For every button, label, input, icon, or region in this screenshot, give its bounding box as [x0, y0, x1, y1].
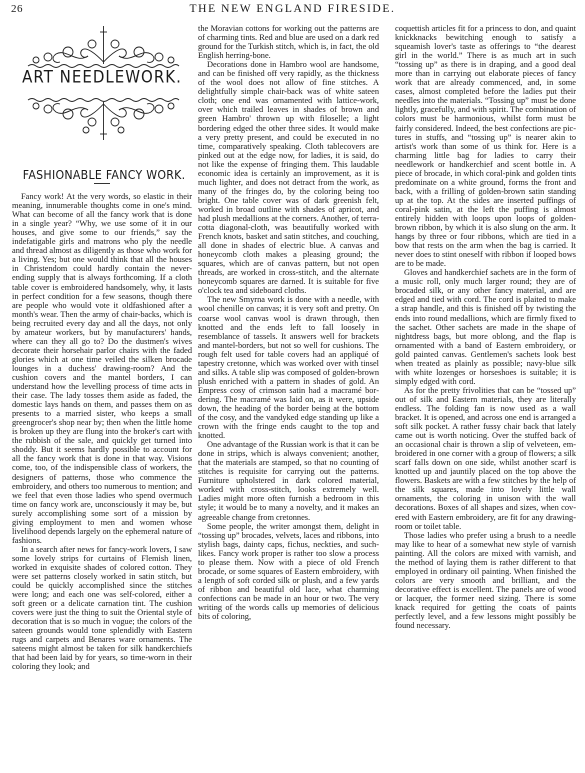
scrollwork-ornament-top-icon: [26, 24, 181, 72]
article-paragraph: One advantage of the Russian work is tha…: [198, 440, 379, 521]
article-paragraph: Gloves and handkerchief sachets are in t…: [395, 268, 576, 386]
column-2: the Moravian cottons for working out the…: [198, 24, 379, 621]
article-paragraph: Decorations done in Hambro wool are hand…: [198, 60, 379, 295]
publication-title: THE NEW ENGLAND FIRESIDE.: [0, 3, 585, 15]
article-paragraph: Some people, the writer amongst them, de…: [198, 522, 379, 622]
article-paragraph: As for the pretty frivolities that can b…: [395, 386, 576, 531]
department-title: ART NEEDLEWORK.: [12, 72, 192, 82]
page-header: 26 THE NEW ENGLAND FIRESIDE.: [0, 3, 585, 17]
article-paragraph: Those ladies who prefer using a brush to…: [395, 531, 576, 631]
article-paragraph: coquettish articles fit for a princess t…: [395, 24, 576, 268]
article-paragraph: The new Smyrna work is done with a needl…: [198, 295, 379, 440]
scrollwork-ornament-bottom-icon: [26, 96, 181, 142]
title-divider: [94, 183, 110, 184]
article-paragraph: Fancy work! At the very words, so elasti…: [12, 192, 192, 545]
article-title: FASHIONABLE FANCY WORK.: [23, 170, 181, 179]
column-1: ART NEEDLEWORK. FASHIONABLE FANCY WORK. …: [12, 24, 192, 672]
article-paragraph: the Moravian cottons for working out the…: [198, 24, 379, 60]
department-heading-block: ART NEEDLEWORK.: [12, 24, 192, 164]
article-paragraph: In a search after news for fancy-work lo…: [12, 545, 192, 672]
column-3: coquettish articles fit for a princess t…: [395, 24, 576, 630]
